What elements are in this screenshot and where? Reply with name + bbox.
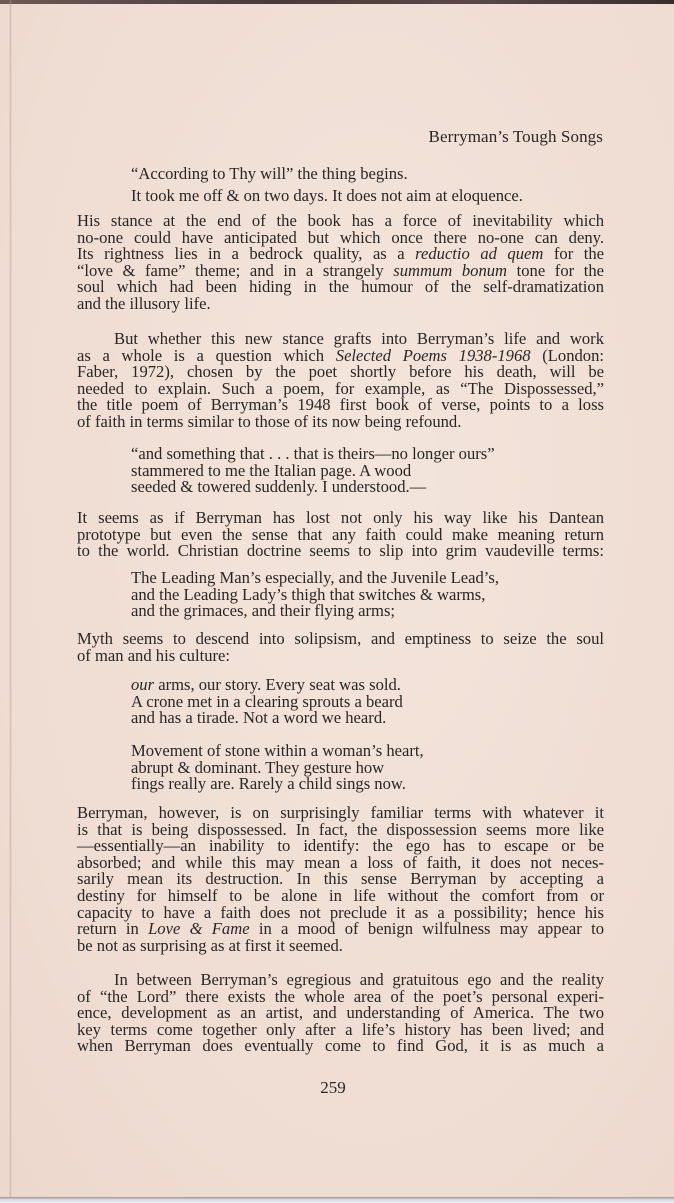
verse-line: “According to Thy will” the thing begins…	[131, 166, 523, 183]
verse-quote-2: “and something that . . . that is theirs…	[131, 446, 495, 496]
verse-quote-3: The Leading Man’s especially, and the Ju…	[131, 570, 499, 620]
verse-line: seeded & towered suddenly. I understood.…	[131, 479, 495, 496]
paragraph-5: Berryman, however, is on surprisingly fa…	[77, 805, 604, 954]
paragraph-4: Myth seems to descend into solipsism, an…	[77, 631, 604, 664]
text-line: be not as surprising as at first it seem…	[77, 938, 604, 955]
page-gutter-shadow	[9, 0, 12, 1197]
scan-top-edge	[0, 0, 674, 4]
verse-quote-5: Movement of stone within a woman’s heart…	[131, 743, 424, 793]
scan-bottom-edge	[0, 1197, 674, 1203]
text-line: when Berryman does eventually come to fi…	[77, 1038, 604, 1055]
text-line: and the illusory life.	[77, 296, 604, 313]
verse-line: It took me off & on two days. It does no…	[131, 188, 523, 205]
paragraph-3: It seems as if Berryman has lost not onl…	[77, 510, 604, 560]
page-number-text: 259	[320, 1078, 346, 1097]
paragraph-1: His stance at the end of the book has a …	[77, 213, 604, 313]
paragraph-6: In between Berryman’s egregious and grat…	[77, 972, 604, 1055]
verse-line: fings really are. Rarely a child sings n…	[131, 776, 424, 793]
verse-line: and has a tirade. Not a word we heard.	[131, 710, 403, 727]
text-line: to the world. Christian doctrine seems t…	[77, 543, 604, 560]
verse-quote-1: “According to Thy will” the thing begins…	[131, 166, 523, 204]
text-line: of faith in terms similar to those of it…	[77, 414, 604, 431]
verse-line: and the grimaces, and their flying arms;	[131, 603, 499, 620]
verse-quote-4: our arms, our story. Every seat was sold…	[131, 677, 403, 727]
running-head: Berryman’s Tough Songs	[429, 127, 603, 147]
text-line: of man and his culture:	[77, 648, 604, 665]
paragraph-2: But whether this new stance grafts into …	[77, 331, 604, 431]
page-number: 259	[0, 1078, 674, 1098]
